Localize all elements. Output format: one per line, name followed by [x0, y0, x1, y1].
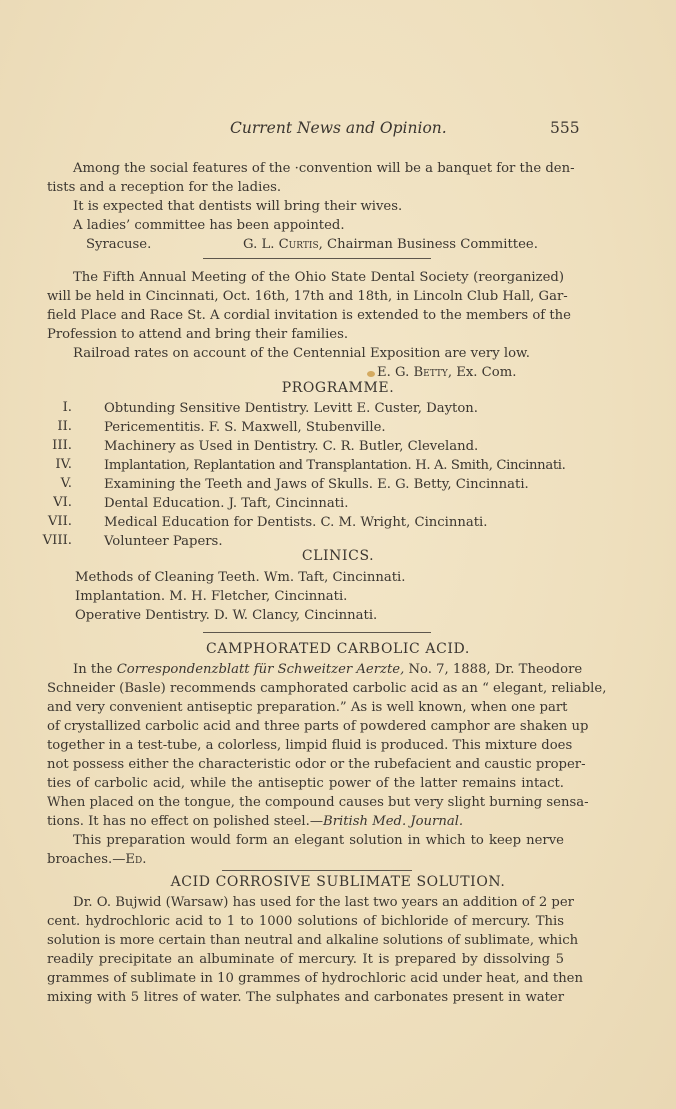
clinics-heading: CLINICS. [0, 548, 676, 564]
paragraph-line: When placed on the tongue, the compound … [47, 794, 564, 812]
programme-number: VIII. [32, 533, 72, 548]
paragraph-line: of crystallized carbolic acid and three … [47, 718, 564, 736]
paragraph-line: Railroad rates on account of the Centenn… [73, 345, 530, 363]
programme-number: VII. [32, 514, 72, 529]
article-heading-camphorated-carbolic-acid: CAMPHORATED CARBOLIC ACID. [0, 641, 676, 657]
programme-number: II. [32, 419, 72, 434]
signature-name: E. G. Betty, [377, 365, 452, 380]
text-run: tions. It has no effect on polished stee… [47, 814, 323, 829]
paragraph-line: It is expected that dentists will bring … [73, 198, 402, 216]
paragraph-line: This preparation would form an elegant s… [73, 832, 564, 850]
paragraph-line: Among the social features of the ·conven… [73, 160, 564, 178]
programme-number: I. [32, 400, 72, 415]
paragraph-line: A ladies’ committee has been appointed. [73, 217, 345, 235]
programme-item: Implantation, Replantation and Transplan… [104, 457, 566, 475]
article-heading-acid-corrosive-sublimate: ACID CORROSIVE SUBLIMATE SOLUTION. [0, 874, 676, 890]
paragraph-line: readily precipitate an albuminate of mer… [47, 951, 564, 969]
signature-line: G. L. Curtis, Chairman Business Committe… [243, 236, 538, 254]
paragraph-line: In the Correspondenzblatt für Schweitzer… [73, 661, 564, 679]
source-citation: British Med. Journal. [323, 814, 463, 829]
signature-name: G. L. Curtis, [243, 237, 323, 252]
running-title: Current News and Opinion. [230, 119, 447, 137]
section-divider [222, 870, 412, 871]
page-number: 555 [550, 119, 580, 137]
programme-number: VI. [32, 495, 72, 510]
signature-title: Chairman Business Committee. [327, 237, 538, 252]
paragraph-line: broaches.—Ed. [47, 851, 146, 869]
paragraph-line: field Place and Race St. A cordial invit… [47, 307, 564, 325]
programme-number: V. [32, 476, 72, 491]
ink-stain [367, 371, 375, 377]
paragraph-line: Schneider (Basle) recommends camphorated… [47, 680, 564, 698]
paragraph-line: cent. hydrochloric acid to 1 to 1000 sol… [47, 913, 564, 931]
paragraph-line: solution is more certain than neutral an… [47, 932, 564, 950]
paragraph-line: together in a test-tube, a colorless, li… [47, 737, 564, 755]
scanned-page: Current News and Opinion. 555 Among the … [0, 0, 676, 1109]
programme-number: III. [32, 438, 72, 453]
programme-item: Medical Education for Dentists. C. M. Wr… [104, 514, 487, 532]
text-run: No. 7, 1888, Dr. Theodore [404, 662, 582, 677]
clinic-item: Operative Dentistry. D. W. Clancy, Cinci… [75, 607, 377, 625]
programme-item: Examining the Teeth and Jaws of Skulls. … [104, 476, 529, 494]
paragraph-line: will be held in Cincinnati, Oct. 16th, 1… [47, 288, 564, 306]
paragraph-line: tions. It has no effect on polished stee… [47, 813, 463, 831]
paragraph-line: ties of carbolic acid, while the antisep… [47, 775, 564, 793]
paragraph-line: tists and a reception for the ladies. [47, 179, 281, 197]
paragraph-line: grammes of sublimate in 10 grammes of hy… [47, 970, 564, 988]
editor-signature: Ed. [125, 852, 146, 867]
programme-item: Dental Education. J. Taft, Cincinnati. [104, 495, 348, 513]
paragraph-line: mixing with 5 litres of water. The sulph… [47, 989, 564, 1007]
text-run: In the [73, 662, 117, 677]
paragraph-line: Dr. O. Bujwid (Warsaw) has used for the … [73, 894, 564, 912]
paragraph-line: Profession to attend and bring their fam… [47, 326, 348, 344]
programme-item: Obtunding Sensitive Dentistry. Levitt E.… [104, 400, 478, 418]
section-divider [203, 258, 431, 259]
clinic-item: Methods of Cleaning Teeth. Wm. Taft, Cin… [75, 569, 405, 587]
programme-number: IV. [32, 457, 72, 472]
paragraph-line: and very convenient antiseptic preparati… [47, 699, 564, 717]
programme-heading: PROGRAMME. [0, 380, 676, 396]
journal-title: Correspondenzblatt für Schweitzer Aerzte… [117, 662, 405, 677]
signature-title: Ex. Com. [456, 365, 516, 380]
clinic-item: Implantation. M. H. Fletcher, Cincinnati… [75, 588, 347, 606]
signature-place: Syracuse. [86, 236, 151, 254]
section-divider [203, 632, 431, 633]
paragraph-line: not possess either the characteristic od… [47, 756, 564, 774]
paragraph-line: The Fifth Annual Meeting of the Ohio Sta… [73, 269, 564, 287]
programme-item: Pericementitis. F. S. Maxwell, Stubenvil… [104, 419, 386, 437]
text-run: broaches.— [47, 852, 125, 867]
programme-item: Machinery as Used in Dentistry. C. R. Bu… [104, 438, 478, 456]
